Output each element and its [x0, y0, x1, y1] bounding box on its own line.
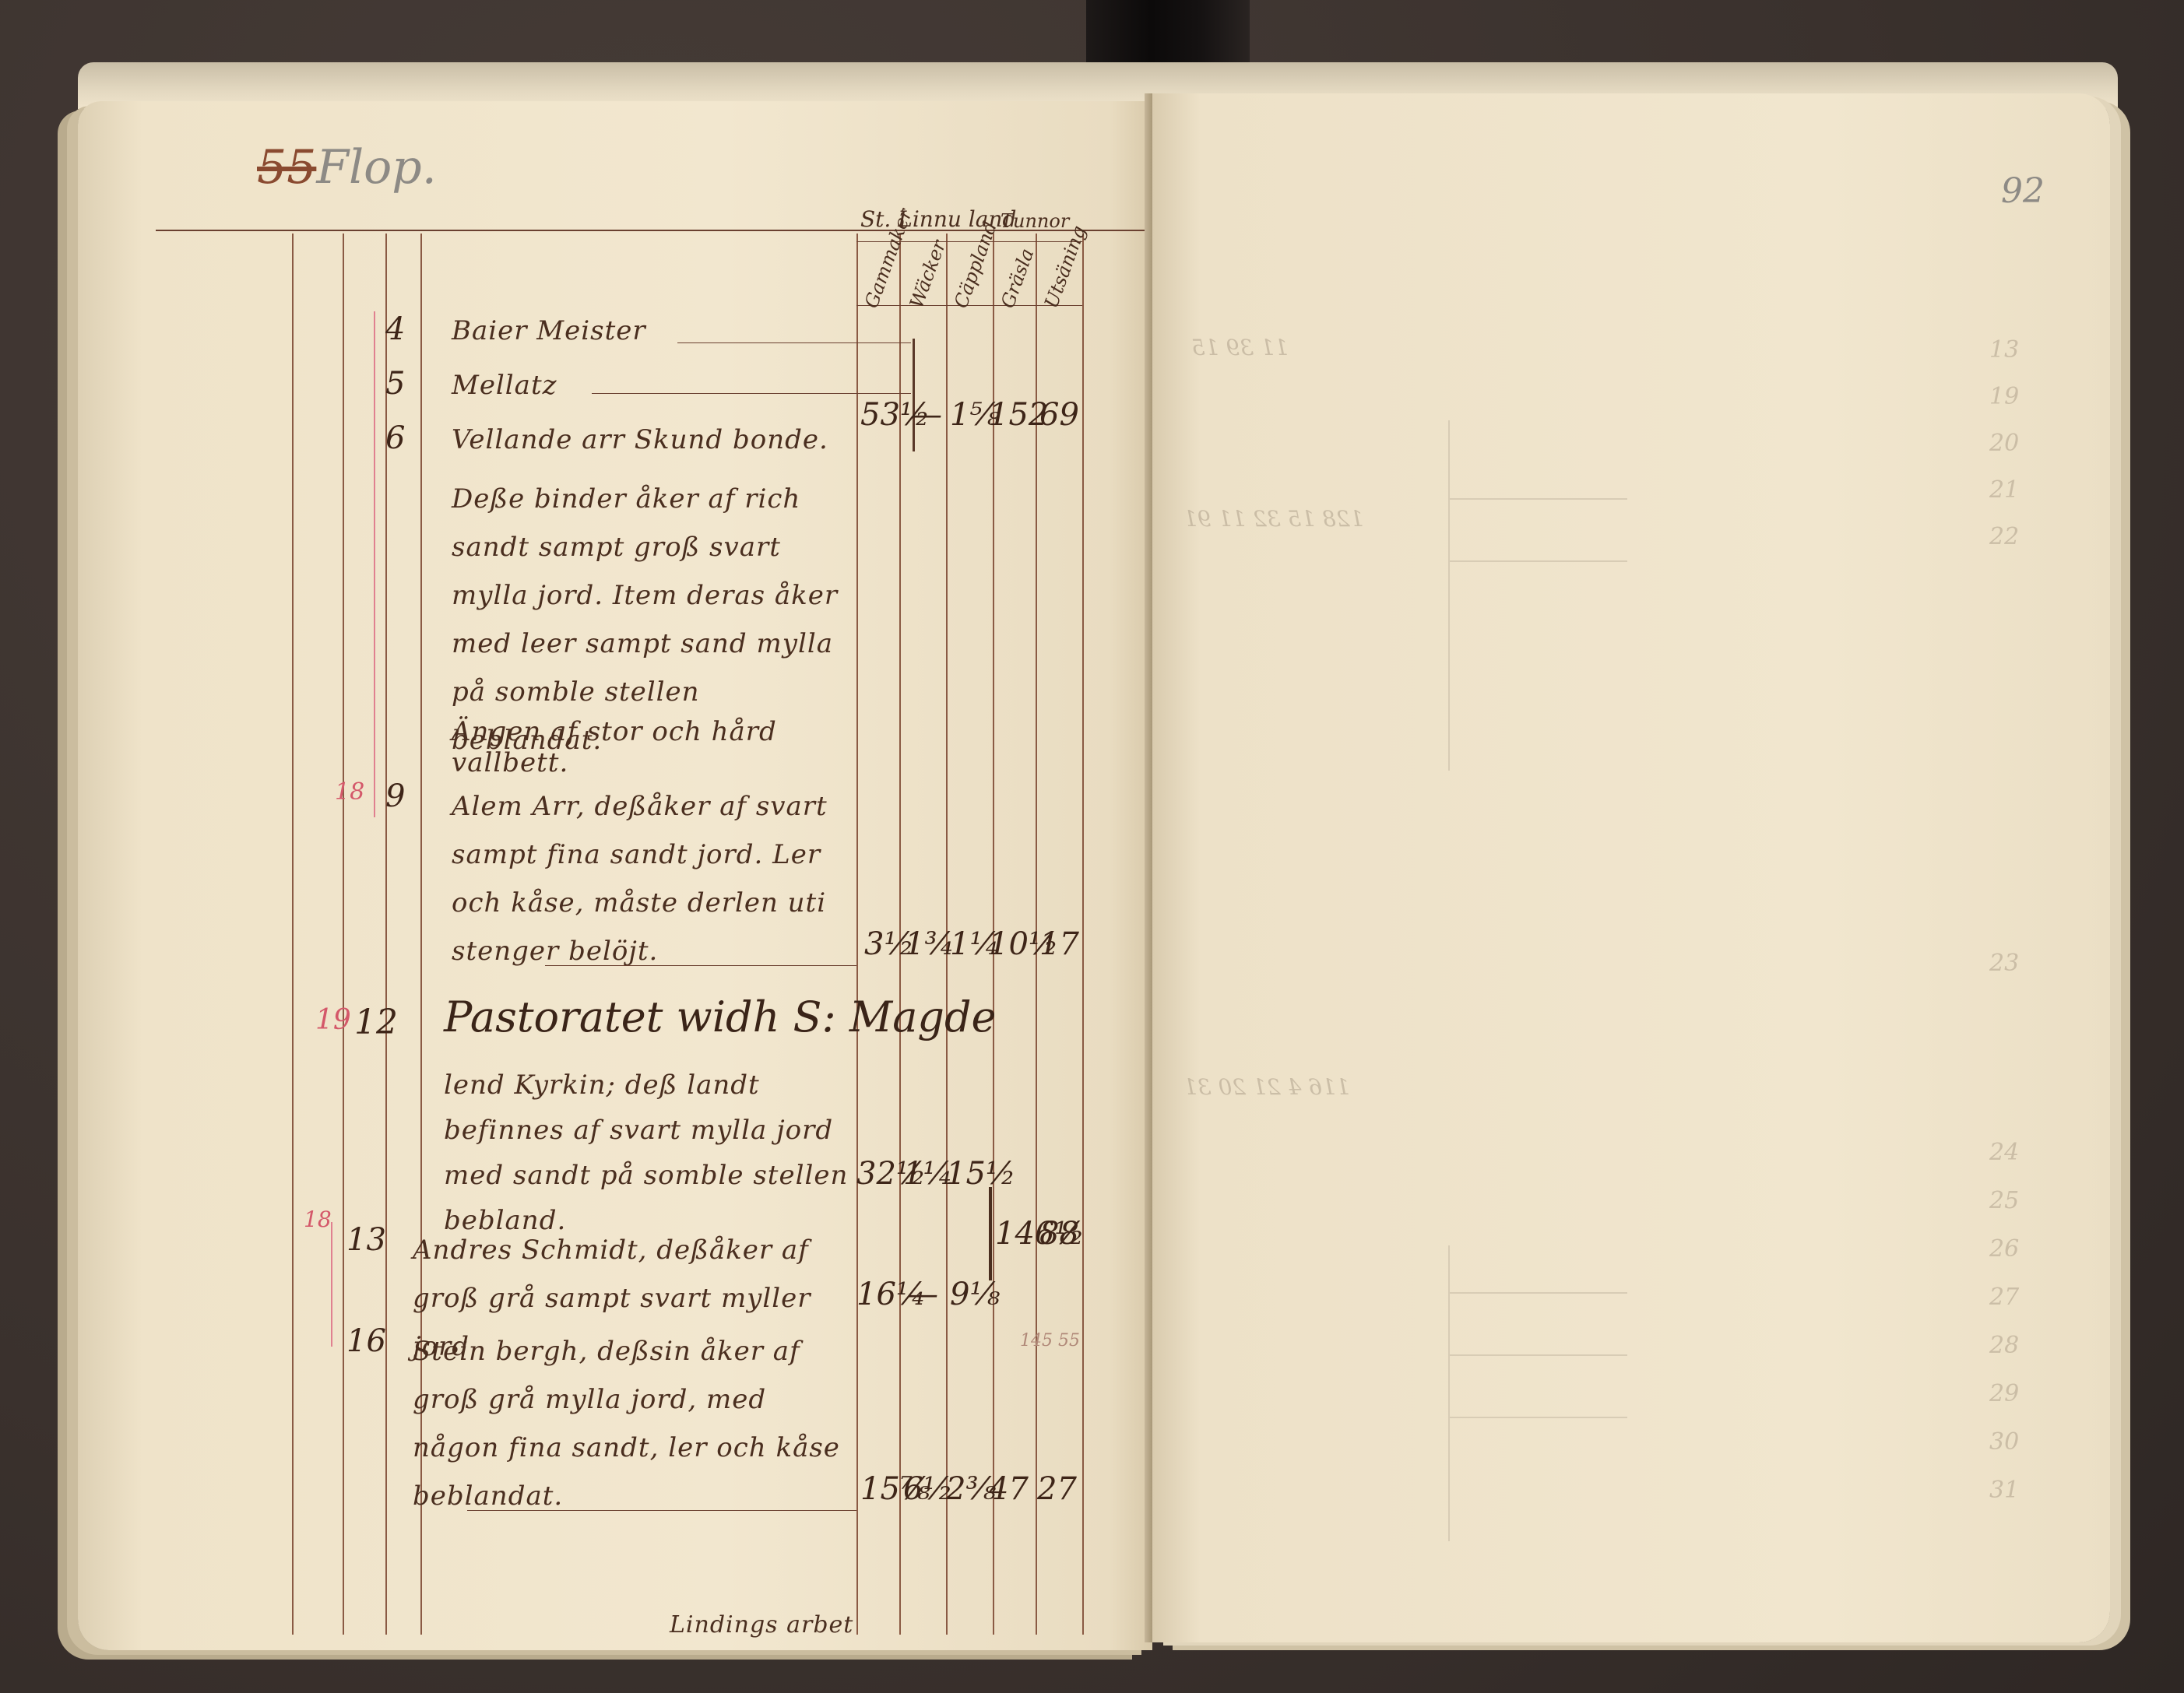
bracket-total: 88 [1039, 1216, 1079, 1252]
entry-text: Mellatz [452, 370, 557, 401]
ledger-rule [292, 234, 294, 1635]
red-margin-rule [331, 1222, 332, 1347]
entry-text: Vellande arr Skund bonde. [452, 424, 828, 455]
entry-text: Stein bergh, deßsin åker af groß grå myl… [413, 1327, 856, 1520]
left-page: 55Flop. St. Linnu land Tunnor Gammaker W… [78, 101, 1152, 1650]
bleed-number: 19 [1989, 374, 2019, 420]
entry-rule [592, 393, 911, 394]
column-header: Wäcker [906, 237, 950, 311]
bleed-through-rule [1448, 420, 1450, 771]
value-cell: — [911, 397, 942, 433]
value-cell: 27 [1037, 1471, 1077, 1507]
red-margin-number: 19 [315, 1004, 351, 1036]
struck-folio-number: 55 [257, 140, 316, 195]
faint-pencil-note: 145 55 [1020, 1331, 1080, 1351]
bleed-number: 28 [1989, 1322, 2019, 1370]
bleed-number: 21 [1989, 467, 2019, 514]
entry-rule [677, 342, 911, 343]
bleed-through-total: 11 39 15 [1191, 335, 1289, 360]
open-book: 55Flop. St. Linnu land Tunnor Gammaker W… [47, 62, 2118, 1650]
bleed-through-total: 128 15 32 11 91 [1183, 506, 1364, 532]
bleed-number: 24 [1989, 1129, 2019, 1177]
value-cell: — [907, 1277, 938, 1312]
ledger-rule [856, 234, 858, 1635]
bleed-number: 20 [1989, 420, 2019, 467]
bleed-through-numbers: 24 25 26 27 28 29 30 31 [1989, 1129, 2019, 1515]
bleed-number: 25 [1989, 1177, 2019, 1225]
value-cell: 9⅛ [950, 1277, 1000, 1312]
page-number: 92 [2001, 171, 2045, 211]
value-cell: 17 [1039, 926, 1079, 962]
bleed-number: 30 [1989, 1418, 2019, 1466]
entry-description: Ängen af stor och hård vallbett. [452, 716, 856, 778]
header-group-2: Tunnor [1001, 210, 1069, 232]
bleed-number: 31 [1989, 1466, 2019, 1515]
bleed-through-rule [1448, 1292, 1627, 1294]
column-header: Gräsla [997, 246, 1038, 311]
bleed-through-total: 116 4 21 20 31 [1183, 1074, 1350, 1100]
entry-number: 6 [385, 420, 405, 456]
entry-number: 9 [385, 778, 405, 814]
bracket [909, 339, 915, 451]
header-group-label: Tunnor [1001, 210, 1069, 232]
red-margin-number: 18 [304, 1207, 332, 1232]
bleed-number: 23 [1989, 950, 2019, 977]
entry-text: Alem Arr, deßåker af svart sampt fina sa… [452, 782, 841, 975]
folio-mark: 55Flop. [257, 140, 437, 195]
header-prefix: St. [860, 206, 891, 232]
entry-text: Baier Meister [452, 315, 646, 346]
red-margin-number: 18 [335, 778, 364, 806]
right-page: 92 11 39 15 128 15 32 11 91 116 4 21 20 … [1152, 93, 2110, 1642]
ledger-rule [343, 234, 344, 1635]
scribe-signature: Lindings arbet [670, 1611, 853, 1639]
bleed-number: 26 [1989, 1225, 2019, 1273]
entry-rule [545, 965, 856, 966]
entry-title-large: Pastoratet widh S: Magde [444, 992, 997, 1041]
red-margin-rule [374, 311, 375, 817]
entry-number: 5 [385, 366, 405, 402]
bleed-through-rule [1448, 1245, 1450, 1541]
bleed-number: 27 [1989, 1273, 2019, 1322]
bleed-through-rule [1448, 560, 1627, 562]
value-cell: 1¾ [905, 926, 955, 962]
entry-description: lend Kyrkin; deß landt befinnes af svart… [444, 1063, 856, 1243]
value-cell: 47 [989, 1471, 1029, 1507]
entry-number: 4 [385, 311, 405, 347]
bleed-number: 13 [1989, 327, 2019, 374]
bleed-through-rule [1448, 498, 1627, 500]
entry-number: 12 [354, 1003, 398, 1042]
bleed-through-numbers: 13 19 20 21 22 [1989, 327, 2019, 560]
bleed-number: 22 [1989, 514, 2019, 560]
bleed-number: 29 [1989, 1370, 2019, 1418]
pencil-folio-label: Flop. [316, 140, 436, 195]
bleed-through-rule [1448, 1417, 1627, 1418]
bleed-through-rule [1448, 1354, 1627, 1356]
value-cell: 69 [1039, 397, 1079, 433]
ledger-rule [1082, 234, 1084, 1635]
value-cell: 15½ [946, 1156, 1016, 1192]
entry-number: 16 [346, 1323, 386, 1359]
entry-rule [467, 1510, 856, 1511]
entry-number: 13 [346, 1222, 386, 1258]
